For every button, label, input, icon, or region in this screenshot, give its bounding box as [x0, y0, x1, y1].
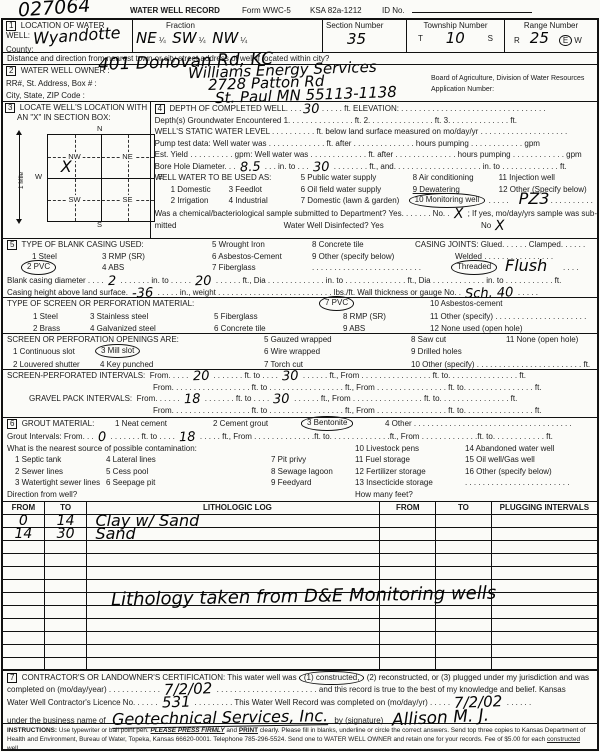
contamination-option-16: 16 Other (specify below): [465, 466, 552, 478]
handwritten-use-value: PZ3: [519, 191, 550, 207]
screen-intervals-label: SCREEN-PERFORATED INTERVALS:: [7, 371, 145, 380]
openings-option-2: 2 Louvered shutter: [13, 359, 80, 371]
lith-empty-row: [3, 567, 597, 580]
use-option-5: 5 Public water supply: [301, 172, 377, 184]
use-option-7: 7 Domestic (lawn & garden): [301, 195, 400, 207]
screen-option-11: 11 Other (specify) . . . . . . . . . . .…: [430, 311, 586, 323]
use-option-10-circled: 10 Monitoring well: [409, 193, 485, 208]
contamination-option-3: 3 Watertight sewer lines: [15, 477, 100, 489]
bore-hole-label: Bore Hole Diameter. . .: [155, 162, 238, 171]
section-box-diagram: 1 Mile N S W E NW NE SW: [5, 122, 148, 230]
openings-option-6: 6 Wire wrapped: [264, 346, 320, 358]
lith-header-to2: TO: [436, 502, 492, 514]
contamination-option-6: 6 Seepage pit: [106, 477, 155, 489]
openings-block: SCREEN OR PERFORATION OPENINGS ARE: 5 Ga…: [3, 334, 597, 370]
gravel-intervals-mid: . . . . . . . ft. to . . . .: [203, 394, 272, 403]
section-3-number: 3: [5, 103, 15, 113]
use-option-6: 6 Oil field water supply: [301, 184, 381, 196]
section-6-number: 6: [7, 419, 17, 429]
certification-text-2: (2) reconstructed, or (3) plugged under …: [367, 673, 589, 682]
instructions-constructed: constructed: [547, 736, 580, 743]
lith-data-row: 14 30 Sand: [3, 528, 597, 541]
range-r-label: R: [514, 36, 520, 45]
casing-threaded-dots: . . . .: [563, 262, 579, 274]
contamination-option-12: 12 Fertilizer storage: [355, 466, 426, 478]
screen-title: TYPE OF SCREEN OR PERFORATION MATERIAL:: [7, 298, 194, 310]
casing-weight-label: . . . . . in., weight . . . . . . . . . …: [155, 288, 463, 297]
screen-option-7-circled: 7 PVC: [319, 296, 354, 311]
contamination-option-4: 4 Lateral lines: [106, 454, 156, 466]
completed-on-label: completed on (mo/day/year) . . . . . . .…: [7, 685, 162, 694]
instructions-lead: INSTRUCTIONS:: [7, 727, 57, 734]
section-4-depth: 4 DEPTH OF COMPLETED WELL. . . .30. . . …: [151, 102, 597, 238]
casing-option-4: 4 ABS: [102, 262, 124, 274]
use-option-2: 2 Irrigation: [171, 195, 209, 207]
screen-option-9: 9 ABS: [343, 323, 365, 335]
distance-row: Distance and direction from nearest town…: [3, 53, 597, 65]
id-number-label: ID No.: [382, 6, 405, 15]
use-option-8: 8 Air conditioning: [413, 172, 474, 184]
lith-header-from2: FROM: [380, 502, 436, 514]
use-option-4: 4 Industrial: [229, 195, 268, 207]
section-number-label: Section Number: [326, 21, 403, 30]
sample-question-tail: ; If yes, mo/day/yrs sample was sub-: [465, 209, 597, 218]
form-number: Form WWC-5: [242, 6, 291, 15]
township-s-label: S: [488, 34, 493, 46]
sample-question: Was a chemical/bacteriological sample su…: [155, 209, 452, 218]
range-cell: Range Number R 25 E W: [505, 20, 597, 52]
gravel-intervals-label: GRAVEL PACK INTERVALS:: [29, 394, 132, 403]
contamination-option-14: 14 Abandoned water well: [465, 443, 554, 455]
certification-text-1: CONTRACTOR'S OR LANDOWNER'S CERTIFICATIO…: [22, 673, 297, 682]
instructions-text-2: and: [225, 727, 239, 734]
quadrant-sw-label: SW: [66, 195, 82, 204]
compass-north: N: [97, 124, 102, 133]
casing-option-6: 6 Asbestos-Cement: [212, 251, 282, 263]
section-4-number: 4: [155, 104, 165, 114]
contamination-label: What is the nearest source of possible c…: [7, 443, 197, 455]
center-horizontal-line: [48, 178, 154, 179]
casing-option-5: 5 Wrought Iron: [212, 239, 265, 251]
handwritten-x-mark: X: [61, 159, 72, 175]
lith-empty-row: [3, 554, 597, 567]
screen-option-10: 10 Asbestos-cement: [430, 298, 502, 310]
instructions-press-firmly: PLEASE PRESS FIRMLY: [150, 727, 224, 734]
casing-option-9: 9 Other (specify below): [312, 251, 394, 263]
handwritten-disinfected-no-x: X: [495, 220, 505, 232]
casing-height-label: Casing height above land surface.: [7, 288, 130, 297]
screen-option-4: 4 Galvanized steel: [90, 323, 156, 335]
use-dots-2: . . . . . . . . . .: [551, 195, 593, 207]
screen-option-5: 5 Fiberglass: [214, 311, 258, 323]
use-option-11: 11 Injection well: [499, 172, 555, 184]
openings-title: SCREEN OR PERFORATION OPENINGS ARE:: [7, 334, 179, 346]
section-7-certification: 7 CONTRACTOR'S OR LANDOWNER'S CERTIFICAT…: [3, 671, 597, 724]
statute-reference: KSA 82a-1212: [310, 6, 362, 15]
contamination-other-dots: . . . . . . . . . . . . . . . . . . . . …: [465, 477, 569, 489]
grout-option-3-circled: 3 Bentonite: [301, 416, 353, 431]
handwritten-section-number: 35: [347, 32, 366, 47]
contamination-option-8: 8 Sewage lagoon: [271, 466, 333, 478]
handwritten-quarter-2: SW: [172, 29, 196, 47]
handwritten-lith-desc: Sand: [87, 528, 380, 540]
instructions-block: INSTRUCTIONS: Use typewriter or ball poi…: [3, 724, 597, 752]
depth-label: DEPTH OF COMPLETED WELL. . . .: [169, 104, 301, 113]
quarter-symbol-2: ¼: [199, 36, 206, 45]
quarter-line: [75, 135, 76, 221]
casing-height-end: . . . . .: [516, 288, 538, 297]
range-label: Range Number: [508, 21, 594, 30]
section-number-cell: Section Number 35: [323, 20, 407, 52]
static-level-line: WELL'S STATIC WATER LEVEL . . . . . . . …: [151, 126, 597, 138]
section-2-owner: 2 WATER WELL OWNER : RR#, St. Address, B…: [3, 65, 597, 102]
lith-data-row: 0 14 Clay w/ Sand: [3, 515, 597, 528]
use-dots: . . . . .: [489, 195, 509, 207]
section-3-locate: 3 LOCATE WELL'S LOCATION WITH AN "X" IN …: [3, 102, 151, 238]
grout-label: GROUT MATERIAL:: [22, 419, 95, 428]
quadrant-se-label: SE: [120, 195, 134, 204]
contamination-option-11: 11 Fuel storage: [355, 454, 410, 466]
bore-hole-end: . . . . . . . . ft., and. . . . . . . . …: [331, 162, 566, 171]
grout-intervals-label: Grout Intervals: From. . .: [7, 432, 96, 441]
sample-wrap-word: mitted: [155, 221, 177, 230]
bore-hole-mid: . . . in. to . . .: [262, 162, 310, 171]
arrow-up-icon: [16, 130, 22, 135]
handwritten-county: Wyandotte: [33, 25, 121, 47]
handwritten-lith-from: 14: [3, 528, 45, 540]
openings-option-9: 9 Drilled holes: [411, 346, 462, 358]
lith-empty-row: [3, 619, 597, 632]
licence-label: Water Well Contractor's Licence No. . . …: [7, 698, 160, 707]
handwritten-threaded-flush: Flush: [505, 258, 547, 274]
gravel-intervals-end: . . . . . . ft., From . . . . . . . . . …: [292, 394, 517, 403]
handwritten-lith-to: 30: [45, 528, 88, 540]
grout-option-2: 2 Cement grout: [213, 418, 268, 430]
id-number-blank: [412, 4, 532, 13]
casing-diameter-mid: . . . . . . . in. to . . . . .: [118, 276, 193, 285]
lith-empty-row: [3, 632, 597, 645]
gravel-intervals-from: From. . . . . .: [137, 394, 182, 403]
openings-option-11: 11 None (open hole): [506, 334, 578, 346]
casing-option-9-dots: . . . . . . . . . . . . . . . . . . . . …: [312, 262, 421, 274]
contamination-option-7: 7 Pit privy: [271, 454, 306, 466]
business-name-label: under the business name of: [7, 716, 106, 725]
constructed-circled: (1) constructed,: [299, 671, 365, 685]
range-east-circled: E: [559, 35, 572, 46]
intervals-block: SCREEN-PERFORATED INTERVALS: From. . . .…: [3, 370, 597, 418]
casing-diameter-end: . . . . . . ft., Dia . . . . . . . . . .…: [214, 276, 562, 285]
openings-option-3-circled: 3 Mill slot: [95, 344, 140, 359]
disinfected-question: Water Well Disinfected? Yes: [284, 221, 384, 230]
owner-title: WATER WELL OWNER :: [21, 66, 110, 75]
contamination-option-9: 9 Feedyard: [271, 477, 311, 489]
screen-option-8: 8 RMP (SR): [343, 311, 386, 323]
yield-line: Est. Yield . . . . . . . . . . gpm: Well…: [151, 149, 597, 161]
grout-intervals-mid: . . . . . . . ft. to . . . .: [108, 432, 177, 441]
one-mile-label: 1 Mile: [18, 172, 25, 189]
township-t-label: T: [418, 34, 423, 46]
grout-option-1: 1 Neat cement: [115, 418, 167, 430]
use-option-1: 1 Domestic: [171, 184, 211, 196]
water-well-record-scan: 027064 WATER WELL RECORD Form WWC-5 KSA …: [0, 0, 600, 752]
lithologic-table: FROM TO LITHOLOGIC LOG FROM TO PLUGGING …: [3, 502, 597, 671]
openings-option-5: 5 Gauzed wrapped: [264, 334, 332, 346]
compass-west: W: [35, 172, 42, 181]
handwritten-licence-number: 531: [161, 697, 190, 709]
casing-joints-label: CASING JOINTS: Glued. . . . . . Clamped.…: [415, 239, 585, 251]
screen-intervals-blank-row: From. . . . . . . . . . . . . . . . . . …: [3, 382, 597, 394]
casing-option-8: 8 Concrete tile: [312, 239, 364, 251]
one-mile-arrow: 1 Mile: [19, 134, 20, 220]
screen-option-1: 1 Steel: [33, 311, 58, 323]
instructions-print: PRINT: [239, 727, 258, 734]
disinfected-no-label: No: [481, 221, 491, 230]
casing-option-7: 7 Fiberglass: [212, 262, 256, 274]
screen-option-12: 12 None used (open hole): [430, 323, 523, 335]
contamination-option-1: 1 Septic tank: [15, 454, 61, 466]
application-number-label: Application Number:: [431, 86, 494, 93]
certification-text-3: . . . . . . . . . . . . . . . . . . . . …: [214, 685, 565, 694]
handwritten-quarter-1: NE: [136, 29, 157, 47]
form-body: 1 LOCATION OF WATER WELL: County: Wyando…: [1, 18, 599, 751]
screen-option-3: 3 Stainless steel: [90, 311, 148, 323]
county-cell: 1 LOCATION OF WATER WELL: County: Wyando…: [3, 20, 133, 52]
form-title: WATER WELL RECORD: [130, 6, 220, 15]
grout-option-4: 4 Other . . . . . . . . . . . . . . . . …: [385, 418, 572, 430]
pump-test-line: Pump test data: Well water was . . . . .…: [151, 138, 597, 150]
section-6-grout: 6 GROUT MATERIAL: 1 Neat cement 2 Cement…: [3, 418, 597, 502]
screen-option-6: 6 Concrete tile: [214, 323, 266, 335]
section-2-number: 2: [6, 66, 16, 76]
contamination-option-13: 13 Insecticide storage: [355, 477, 433, 489]
lith-empty-row: [3, 541, 597, 554]
screen-intervals-mid: . . . . . . . ft. to . . . .: [211, 371, 280, 380]
casing-threaded-circled: Threaded: [451, 260, 497, 275]
casing-diameter-label: Blank casing diameter . . . .: [7, 276, 106, 285]
casing-option-3: 3 RMP (SR): [102, 251, 145, 263]
handwritten-signature: Allison M. J.: [391, 707, 489, 729]
quarter-line: [128, 135, 129, 221]
section-1-location: 1 LOCATION OF WATER WELL: County: Wyando…: [3, 20, 597, 53]
locate-title-line2: AN "X" IN SECTION BOX:: [5, 113, 148, 122]
certification-text-4: . . . . . .: [505, 698, 532, 707]
contamination-option-5: 5 Cess pool: [106, 466, 148, 478]
section-3-4-row: 3 LOCATE WELL'S LOCATION WITH AN "X" IN …: [3, 102, 597, 239]
fraction-cell: Fraction NE ¼ SW ¼ NW ¼: [133, 20, 323, 52]
casing-option-2-circled: 2 PVC: [21, 260, 56, 275]
handwritten-quarter-3: NW: [212, 29, 238, 47]
top-header: 027064 WATER WELL RECORD Form WWC-5 KSA …: [0, 0, 600, 18]
range-west-label: W: [574, 36, 582, 45]
lith-empty-row: [3, 606, 597, 619]
section-5-casing: 5 TYPE OF BLANK CASING USED: 5 Wrought I…: [3, 239, 597, 298]
instructions-text-4: well.: [7, 745, 20, 752]
section-square: NW NE SW SE X: [47, 134, 155, 222]
screen-option-2: 2 Brass: [33, 323, 60, 335]
arrow-down-icon: [16, 219, 22, 224]
use-option-3: 3 Feedlot: [229, 184, 262, 196]
locate-title-line1: LOCATE WELL'S LOCATION WITH: [20, 103, 147, 112]
handwritten-range: 25: [530, 31, 549, 46]
agency-label: Board of Agriculture, Division of Water …: [431, 75, 584, 82]
contamination-option-15: 15 Oil well/Gas well: [465, 454, 535, 466]
openings-option-1: 1 Continuous slot: [13, 346, 75, 358]
how-many-feet-label: How many feet?: [355, 489, 413, 501]
quarter-symbol-3: ¼: [241, 36, 248, 45]
quarter-line: [48, 200, 154, 201]
screen-material-block: TYPE OF SCREEN OR PERFORATION MATERIAL: …: [3, 298, 597, 334]
lith-header-row: FROM TO LITHOLOGIC LOG FROM TO PLUGGING …: [3, 502, 597, 515]
direction-from-well-label: Direction from well?: [7, 489, 77, 501]
screen-intervals-from: From. . . . .: [150, 371, 191, 380]
section-7-number: 7: [7, 673, 17, 683]
openings-option-8: 8 Saw cut: [411, 334, 446, 346]
elevation-label: . . . . . ft. ELEVATION: . . . . . . . .…: [322, 104, 546, 113]
openings-option-10: 10 Other (specify) . . . . . . . . . . .…: [411, 359, 590, 371]
use-label: WELL WATER TO BE USED AS:: [155, 172, 272, 184]
township-cell: Township Number T 10 S: [407, 20, 505, 52]
section-5-number: 5: [7, 240, 17, 250]
screen-intervals-end: . . . . . . ft., From . . . . . . . . . …: [301, 371, 526, 380]
handwritten-township: 10: [446, 31, 465, 46]
contamination-option-2: 2 Sewer lines: [15, 466, 63, 478]
lith-empty-row: [3, 658, 597, 671]
gravel-intervals-blank-row: From. . . . . . . . . . . . . . . . . . …: [3, 405, 597, 417]
openings-option-4: 4 Key punched: [100, 359, 153, 371]
casing-title: TYPE OF BLANK CASING USED:: [22, 240, 144, 249]
section-1-number: 1: [6, 21, 16, 31]
contamination-option-10: 10 Livestock pens: [355, 443, 419, 455]
quadrant-ne-label: NE: [120, 152, 134, 161]
quarter-symbol-1: ¼: [159, 36, 166, 45]
lith-empty-row: [3, 645, 597, 658]
groundwater-line: Depth(s) Groundwater Encountered 1. . . …: [151, 115, 597, 127]
grout-intervals-end: . . . . . ft., From . . . . . . . . . . …: [198, 432, 553, 441]
lith-header-plugging: PLUGGING INTERVALS: [492, 502, 597, 514]
signature-label: by (signature): [334, 716, 383, 725]
